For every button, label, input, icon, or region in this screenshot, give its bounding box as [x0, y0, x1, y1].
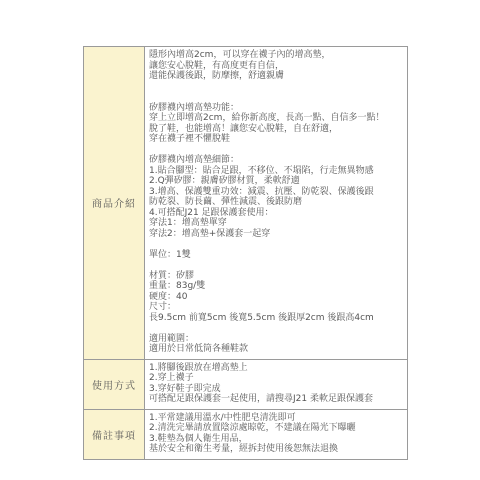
text-line: 穿上立即增高2cm，給你新高度，長高一點、自信多一點！	[149, 113, 403, 124]
text-line: 矽膠襪內增高墊細節：	[149, 155, 403, 166]
text-line	[149, 260, 403, 271]
text-line: 矽膠襪內增高墊功能：	[149, 103, 403, 114]
text-line: 讓您安心脫鞋，有高度更有自信，	[149, 61, 403, 72]
text-line: 1.將腳後跟放在增高墊上	[149, 363, 403, 374]
text-line: 穿法1：增高墊單穿	[149, 218, 403, 229]
text-line: 2.Q彈矽膠：親膚矽膠材質，柔軟舒適	[149, 176, 403, 187]
text-line: 尺寸：	[149, 302, 403, 313]
row-content-product-intro: 隱形內增高2cm，可以穿在襪子內的增高墊，讓您安心脫鞋，有高度更有自信，還能保護…	[145, 47, 408, 360]
row-product-intro: 商品介紹 隱形內增高2cm，可以穿在襪子內的增高墊，讓您安心脫鞋，有高度更有自信…	[84, 47, 408, 360]
text-line: 基於安全和衛生考量，經拆封使用後恕無法退換	[149, 444, 403, 455]
text-line: 單位：1雙	[149, 250, 403, 261]
text-line: 2.清洗完畢請放置陰涼處晾乾，不建議在陽光下曝曬	[149, 423, 403, 434]
text-line: 穿法2：增高墊+保護套一起穿	[149, 229, 403, 240]
row-notes: 備註事項 1.平常建議用溫水/中性肥皂清洗即可2.清洗完畢請放置陰涼處晾乾，不建…	[84, 409, 408, 459]
text-line: 材質：矽膠	[149, 271, 403, 282]
text-line: 3.穿好鞋子即完成	[149, 384, 403, 395]
text-line: 隱形內增高2cm，可以穿在襪子內的增高墊，	[149, 50, 403, 61]
row-content-notes: 1.平常建議用溫水/中性肥皂清洗即可2.清洗完畢請放置陰涼處晾乾，不建議在陽光下…	[145, 409, 408, 459]
text-line	[149, 323, 403, 334]
page: 商品介紹 隱形內增高2cm，可以穿在襪子內的增高墊，讓您安心脫鞋，有高度更有自信…	[0, 0, 480, 480]
text-line: 3.增高、保護雙重功效：減震、抗壓、防乾裂、保護後跟	[149, 187, 403, 198]
text-line: 長9.5cm 前寬5cm 後寬5.5cm 後跟厚2cm 後跟高4cm	[149, 313, 403, 324]
text-line: 2.穿上襪子	[149, 373, 403, 384]
text-line	[149, 239, 403, 250]
text-line: 1.貼合腳型：貼合足跟，不移位、不塌陷，行走無異物感	[149, 166, 403, 177]
text-line: 還能保護後跟，防摩擦，舒適親膚	[149, 71, 403, 82]
text-line: 脫了鞋，也能增高！讓您安心脫鞋，自在舒適，	[149, 124, 403, 135]
text-line: 適用於日常低筒各種鞋款	[149, 344, 403, 355]
text-line: 4.可搭配J21 足跟保護套使用：	[149, 208, 403, 219]
text-line: 硬度：40	[149, 292, 403, 303]
text-line: 重量：83g/雙	[149, 281, 403, 292]
text-line: 3.鞋墊為個人衛生用品，	[149, 434, 403, 445]
row-label-product-intro: 商品介紹	[84, 47, 145, 360]
text-line: 可搭配足跟保護套一起使用，請搜尋J21 柔軟足跟保護套	[149, 394, 403, 405]
text-line: 防乾裂、防長繭、彈性減震、後跟防磨	[149, 197, 403, 208]
text-line	[149, 82, 403, 93]
text-line: 1.平常建議用溫水/中性肥皂清洗即可	[149, 413, 403, 424]
row-label-notes: 備註事項	[84, 409, 145, 459]
text-line	[149, 92, 403, 103]
text-line: 適用範圍：	[149, 334, 403, 345]
product-info-table: 商品介紹 隱形內增高2cm，可以穿在襪子內的增高墊，讓您安心脫鞋，有高度更有自信…	[83, 46, 408, 460]
row-content-usage: 1.將腳後跟放在增高墊上2.穿上襪子3.穿好鞋子即完成可搭配足跟保護套一起使用，…	[145, 359, 408, 409]
text-line: 穿在襪子裡不懼脫鞋	[149, 134, 403, 145]
text-line	[149, 145, 403, 156]
row-label-usage: 使用方式	[84, 359, 145, 409]
row-usage: 使用方式 1.將腳後跟放在增高墊上2.穿上襪子3.穿好鞋子即完成可搭配足跟保護套…	[84, 359, 408, 409]
